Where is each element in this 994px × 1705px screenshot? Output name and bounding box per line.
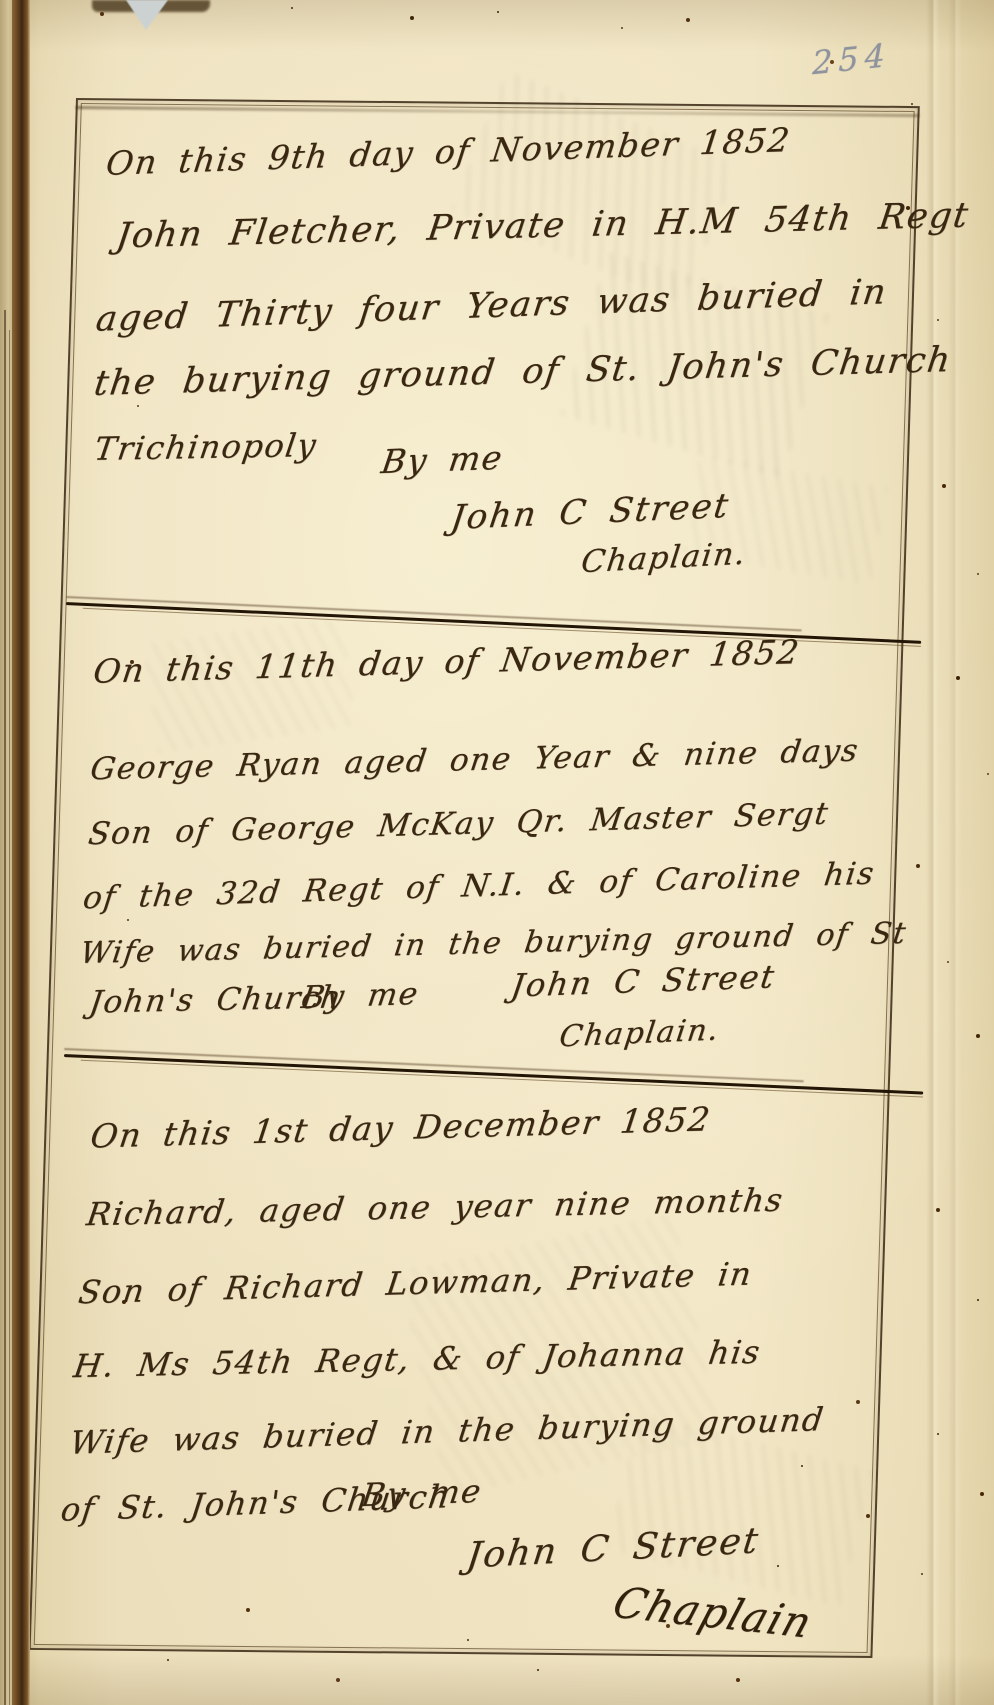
entry-attestation: By me — [379, 438, 506, 481]
entry-attestation: By me — [359, 1472, 485, 1514]
signature-title: Chaplain. — [557, 1013, 722, 1055]
foxing-specks — [100, 12, 104, 16]
page-corner-tip — [126, 0, 168, 30]
page-number: 254 — [812, 36, 891, 82]
scanned-register-page: 254 On this 9th day of November 1852 Joh… — [0, 0, 994, 1705]
book-gutter — [12, 0, 30, 1705]
entry-attestation: By me — [299, 976, 421, 1016]
entry-place: Trichinopoly — [92, 426, 320, 468]
paper-crease — [948, 0, 962, 1705]
paper-crease — [926, 0, 940, 1705]
register-paper: 254 On this 9th day of November 1852 Joh… — [0, 0, 994, 1705]
